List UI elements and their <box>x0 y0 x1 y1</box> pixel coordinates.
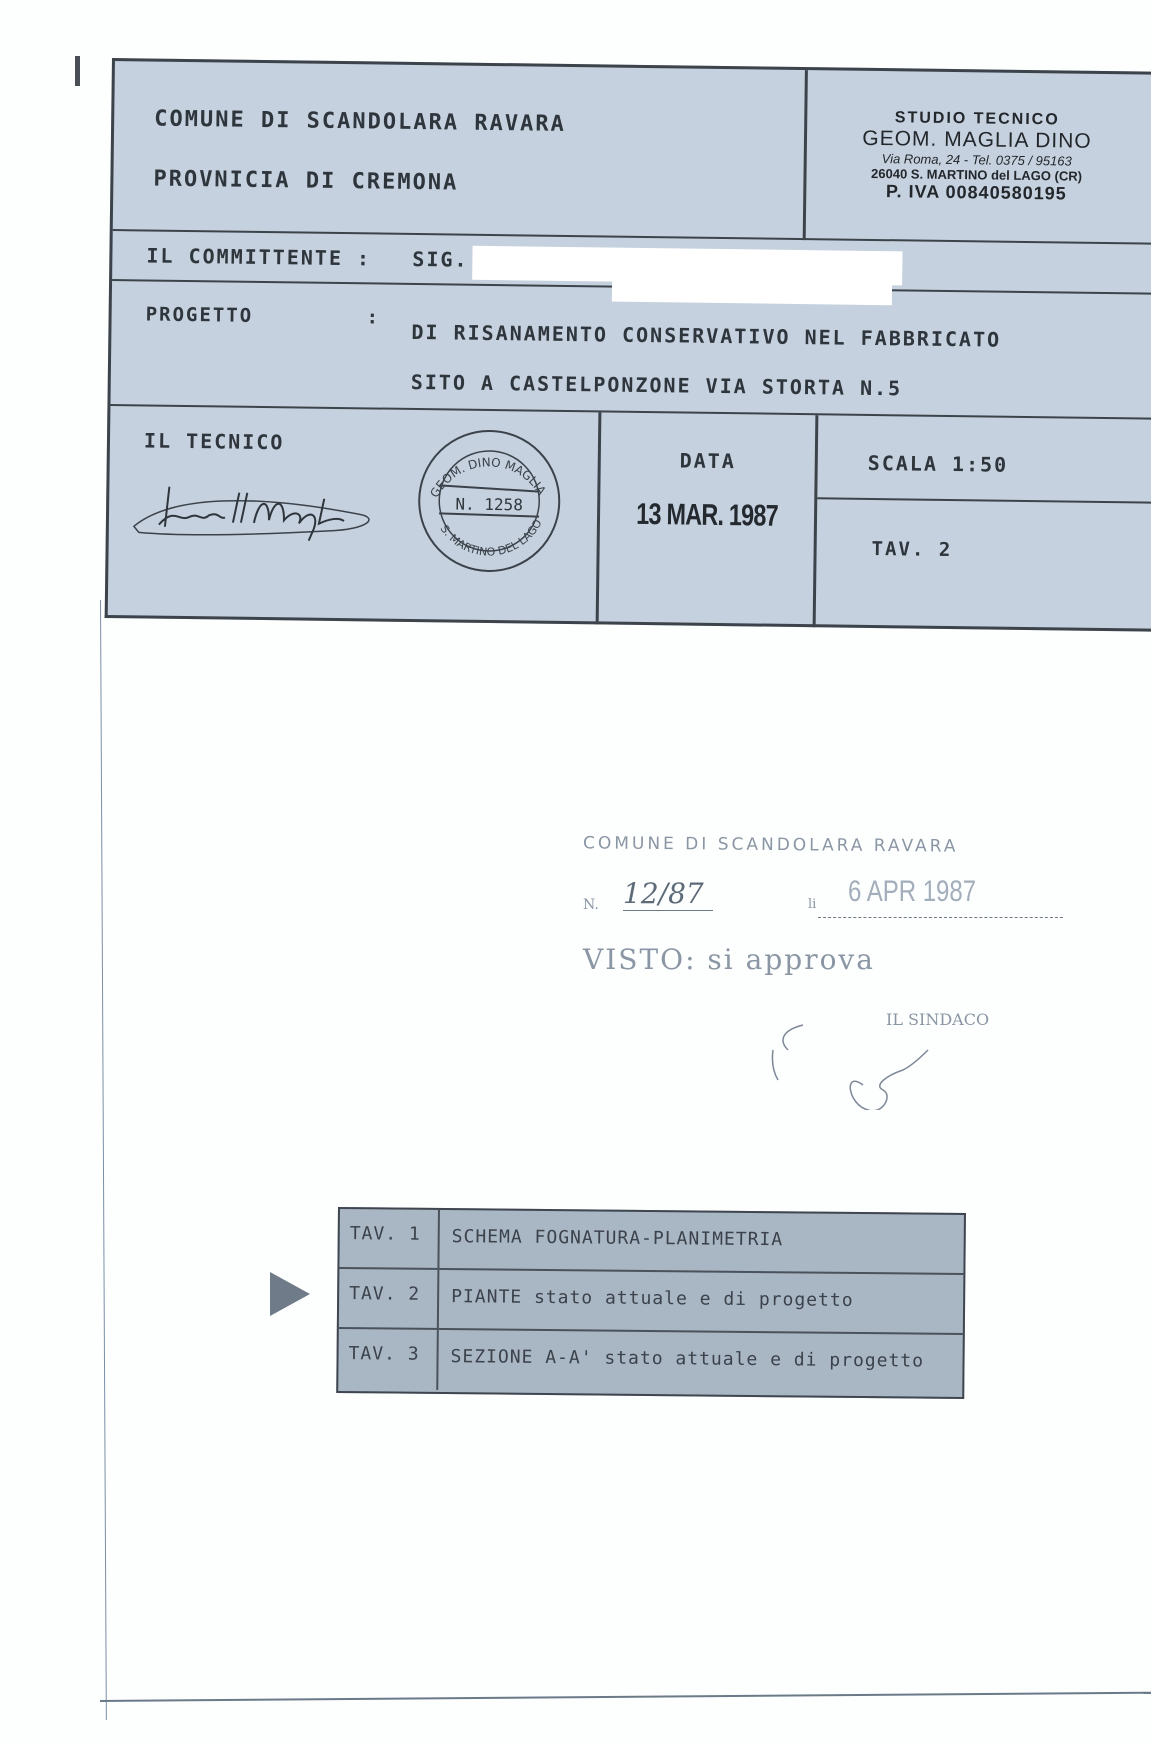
date-value: 13 MAR. 1987 <box>623 498 790 534</box>
date-label: DATA <box>601 447 815 474</box>
svg-text:N. 1258: N. 1258 <box>455 495 523 515</box>
sheet-bottom-border <box>100 1692 1151 1702</box>
approval-number: 12/87 <box>623 877 713 911</box>
project-description-line1: DI RISANAMENTO CONSERVATIVO NEL FABBRICA… <box>411 320 1001 352</box>
date-cell: DATA 13 MAR. 1987 <box>596 412 819 627</box>
approval-visto: VISTO: si approva <box>583 943 875 976</box>
page-edge-mark <box>75 56 80 86</box>
province-name: PROVNICIA DI CREMONA <box>153 167 458 196</box>
table-row: TAV. 3 SEZIONE A-A' stato attuale e di p… <box>338 1329 963 1395</box>
approval-number-label: N. <box>583 897 599 913</box>
approval-stamp: COMUNE DI SCANDOLARA RAVARA N. 12/87 li … <box>583 835 1103 1095</box>
studio-stamp: STUDIO TECNICO GEOM. MAGLIA DINO Via Rom… <box>803 70 1151 245</box>
sheet-number: TAV. 2 <box>871 538 952 561</box>
approval-date-label: li <box>808 897 816 912</box>
sheet-description: SCHEMA FOGNATURA-PLANIMETRIA <box>452 1226 784 1250</box>
scale-value: SCALA 1:50 <box>868 451 1009 477</box>
technician-row: IL TECNICO N. 1258 GEOM. DINO MAGLIA S. … <box>108 406 1151 632</box>
municipality-name: COMUNE DI SCANDOLARA RAVARA <box>154 107 566 137</box>
mayor-signature-icon <box>763 1010 963 1110</box>
sheet-left-border <box>100 600 107 1720</box>
technician-signature-icon <box>129 466 390 549</box>
approval-date: 6 APR 1987 <box>848 875 976 909</box>
sheet-description: PIANTE stato attuale e di progetto <box>451 1286 854 1311</box>
client-value: SIG. <box>412 247 468 272</box>
sheet-index-table: TAV. 1 SCHEMA FOGNATURA-PLANIMETRIA TAV.… <box>336 1207 966 1399</box>
project-colon: : <box>366 306 380 328</box>
approval-municipality: COMUNE DI SCANDOLARA RAVARA <box>583 833 959 856</box>
project-description-line2: SITO A CASTELPONZONE VIA STORTA N.5 <box>411 370 903 400</box>
project-label: PROGETTO <box>146 303 254 326</box>
technician-label: IL TECNICO <box>144 428 285 454</box>
table-row: TAV. 2 PIANTE stato attuale e di progett… <box>339 1269 964 1335</box>
sheet-id: TAV. 3 <box>338 1329 439 1390</box>
title-block: COMUNE DI SCANDOLARA RAVARA PROVNICIA DI… <box>105 58 1151 632</box>
studio-vat: P. IVA 00840580195 <box>806 180 1146 205</box>
table-row: TAV. 1 SCHEMA FOGNATURA-PLANIMETRIA <box>339 1209 964 1275</box>
scale-cell: SCALA 1:50 <box>817 415 1151 504</box>
professional-stamp-icon: N. 1258 GEOM. DINO MAGLIA S. MARTINO DEL… <box>413 425 565 577</box>
svg-text:S. MARTINO DEL LAGO: S. MARTINO DEL LAGO <box>437 516 545 560</box>
client-label: IL COMMITTENTE : <box>146 243 371 270</box>
sheet-number-cell: TAV. 2 <box>816 499 1151 632</box>
selected-sheet-arrow-icon <box>270 1272 310 1316</box>
sheet-id: TAV. 2 <box>339 1269 440 1328</box>
sheet-id: TAV. 1 <box>339 1209 440 1268</box>
sheet-description: SEZIONE A-A' stato attuale e di progetto <box>450 1346 924 1372</box>
project-row: PROGETTO : DI RISANAMENTO CONSERVATIVO N… <box>110 281 1151 420</box>
title-block-header: COMUNE DI SCANDOLARA RAVARA PROVNICIA DI… <box>113 61 1151 245</box>
approval-date-line <box>818 917 1063 918</box>
